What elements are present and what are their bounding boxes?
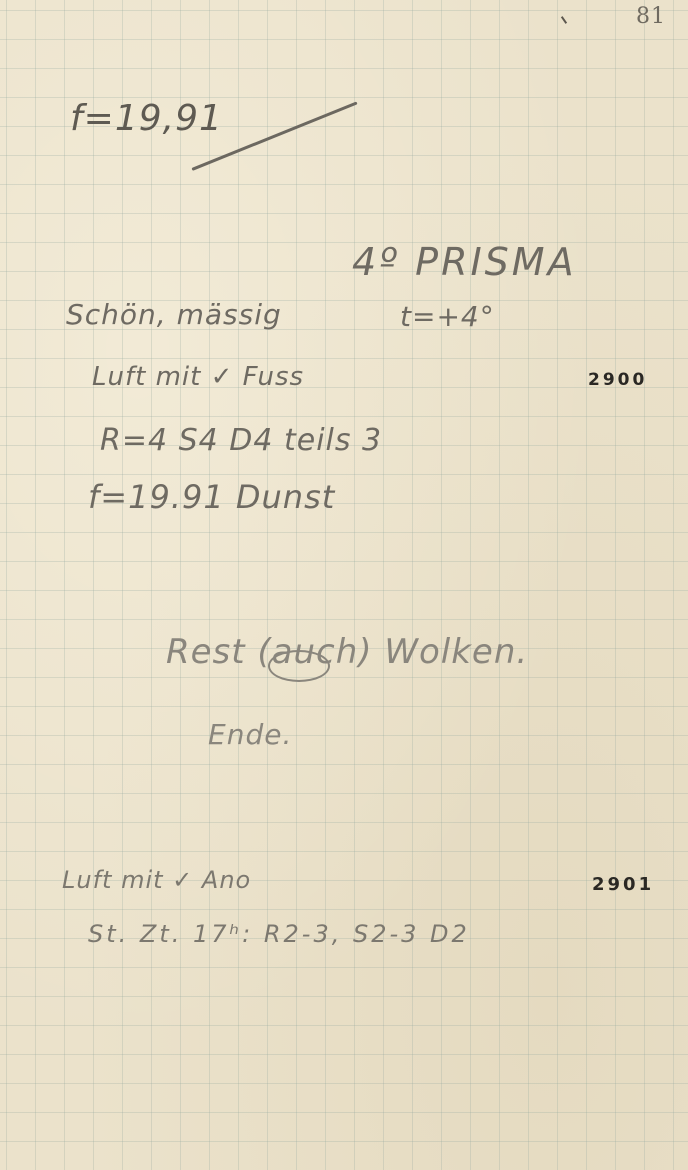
heading-prisma: 4º PRISMA bbox=[352, 240, 577, 284]
end-line: Ende. bbox=[208, 718, 292, 751]
top-note: f=19,91 bbox=[70, 98, 223, 139]
air-line-2: Luft mit ✓ Ano bbox=[62, 866, 251, 894]
temperature: t=+4° bbox=[400, 300, 495, 333]
entry-number-2901: 2901 bbox=[592, 874, 654, 895]
entry-number-2900: 2900 bbox=[588, 370, 647, 390]
notebook-page: 81 f=19,91 4º PRISMA Schön, mässig t=+4°… bbox=[0, 0, 688, 1170]
air-line: Luft mit ✓ Fuss bbox=[92, 362, 304, 392]
rest-clouds-line: Rest (auch) Wolken. bbox=[166, 632, 528, 672]
weather-line: Schön, mässig bbox=[66, 298, 282, 331]
page-number: 81 bbox=[636, 4, 666, 29]
time-rating-line: St. Zt. 17ʰ: R2-3, S2-3 D2 bbox=[88, 920, 470, 948]
corner-tick-mark bbox=[561, 16, 567, 24]
rating-line: R=4 S4 D4 teils 3 bbox=[100, 423, 382, 458]
focus-line: f=19.91 Dunst bbox=[88, 478, 335, 516]
